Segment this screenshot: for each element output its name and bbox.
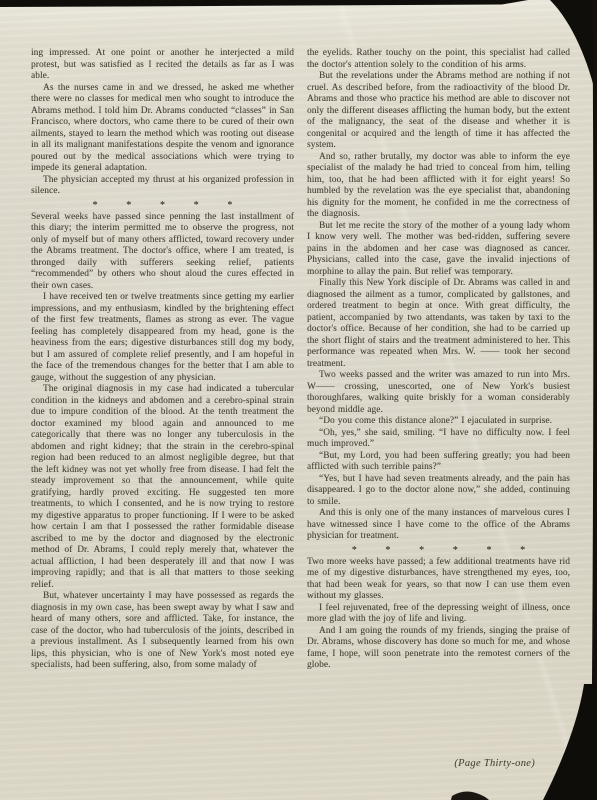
paragraph: “Yes, but I have had seven treatments al…: [307, 474, 570, 509]
asterisk-section-separator: * * * * *: [31, 200, 294, 211]
paragraph: The physician accepted my thrust at his …: [31, 175, 294, 198]
left-column: ing impressed. At one point or another h…: [31, 48, 294, 672]
paragraph: The original diagnosis in my case had in…: [31, 384, 294, 591]
magazine-page: ing impressed. At one point or another h…: [0, 0, 597, 800]
paragraph: And this is only one of the many instanc…: [307, 508, 570, 543]
paragraph: Finally this New York disciple of Dr. Ab…: [307, 278, 570, 370]
paragraph: I have received ten or twelve treatments…: [31, 292, 294, 384]
paragraph: As the nurses came in and we dressed, he…: [31, 83, 294, 175]
page-body-text: ing impressed. At one point or another h…: [31, 48, 570, 672]
paragraph: “Do you come this distance alone?” I eja…: [307, 416, 570, 428]
paragraph: And so, rather brutally, my doctor was a…: [307, 152, 570, 221]
paragraph: I feel rejuvenated, free of the depressi…: [307, 603, 570, 626]
paragraph: ing impressed. At one point or another h…: [31, 48, 294, 83]
paragraph: the eyelids. Rather touchy on the point,…: [307, 48, 570, 71]
paragraph: “But, my Lord, you had been suffering gr…: [307, 451, 570, 474]
paragraph: And I am going the rounds of my friends,…: [307, 626, 570, 672]
paragraph: Several weeks have passed since penning …: [31, 212, 294, 293]
paragraph: But let me recite the story of the mothe…: [307, 221, 570, 279]
page-number-footer: (Page Thirty-one): [454, 758, 535, 769]
paragraph: “Oh, yes,” she said, smiling. “I have no…: [307, 428, 570, 451]
paragraph: Two weeks passed and the writer was amaz…: [307, 370, 570, 416]
paragraph: But, whatever uncertainty I may have pos…: [31, 591, 294, 672]
paragraph: Two more weeks have passed; a few additi…: [307, 557, 570, 603]
asterisk-section-separator: * * * * * *: [307, 545, 570, 556]
paragraph: But the revelations under the Abrams met…: [307, 71, 570, 152]
right-column: the eyelids. Rather touchy on the point,…: [307, 48, 570, 672]
photograph-background: { "page": { "footer_label": "(Page Thirt…: [0, 0, 597, 800]
